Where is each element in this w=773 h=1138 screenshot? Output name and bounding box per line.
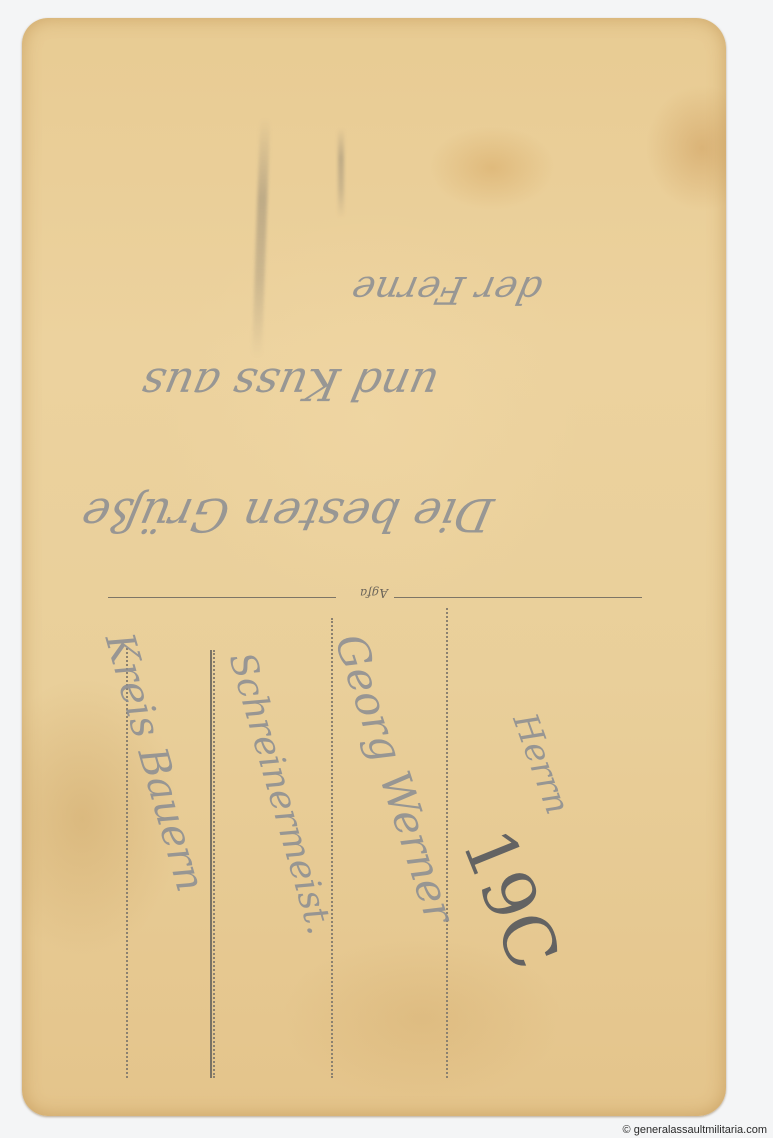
message-line-2: und Kuss aus [137, 358, 443, 409]
address-herrn: Herrn [504, 708, 577, 820]
number-marking: 19C [446, 818, 575, 981]
pencil-smudge [338, 128, 344, 218]
address-line-solid [210, 650, 212, 1078]
address-location: Kreis Bauern [96, 628, 214, 897]
brand-mark: Agfa [360, 586, 388, 600]
message-line-3: der Ferne [347, 268, 545, 312]
message-address-divider-right [394, 597, 642, 598]
address-line [213, 650, 215, 1078]
address-line [446, 608, 448, 1078]
address-name: Georg Werner [325, 628, 465, 929]
postcard-back: Die besten Grüße und Kuss aus der Ferne … [22, 18, 726, 1116]
address-line [331, 618, 333, 1078]
message-address-divider-left [108, 597, 336, 598]
address-occupation: Schreinermeist. [221, 648, 341, 939]
pencil-smudge [252, 118, 270, 358]
message-line-1: Die besten Grüße [76, 488, 497, 542]
copyright-credit: © generalassaultmilitaria.com [623, 1124, 767, 1136]
